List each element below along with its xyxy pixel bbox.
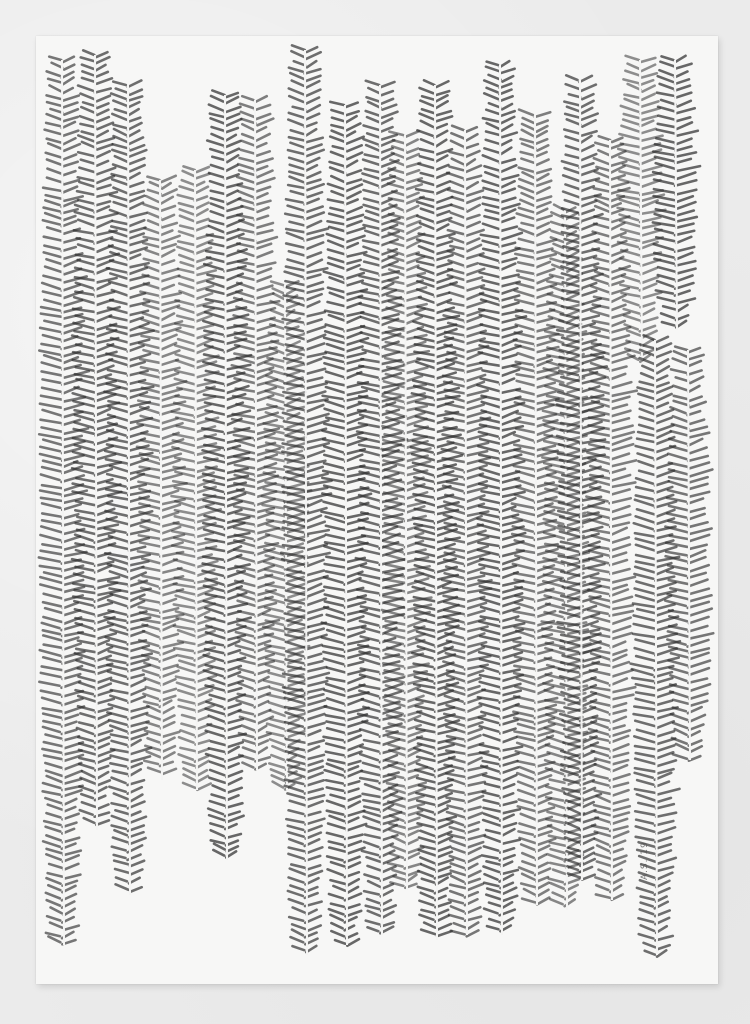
fern-strand [232, 96, 280, 770]
fern-strand [631, 335, 680, 956]
fern-strand [281, 45, 331, 955]
fern-strand [653, 56, 700, 330]
fern-strand [665, 347, 713, 761]
fern-strand [477, 61, 526, 935]
artist-signature: A.S. 19 [640, 841, 650, 880]
fern-strands-drawing [0, 0, 750, 1024]
